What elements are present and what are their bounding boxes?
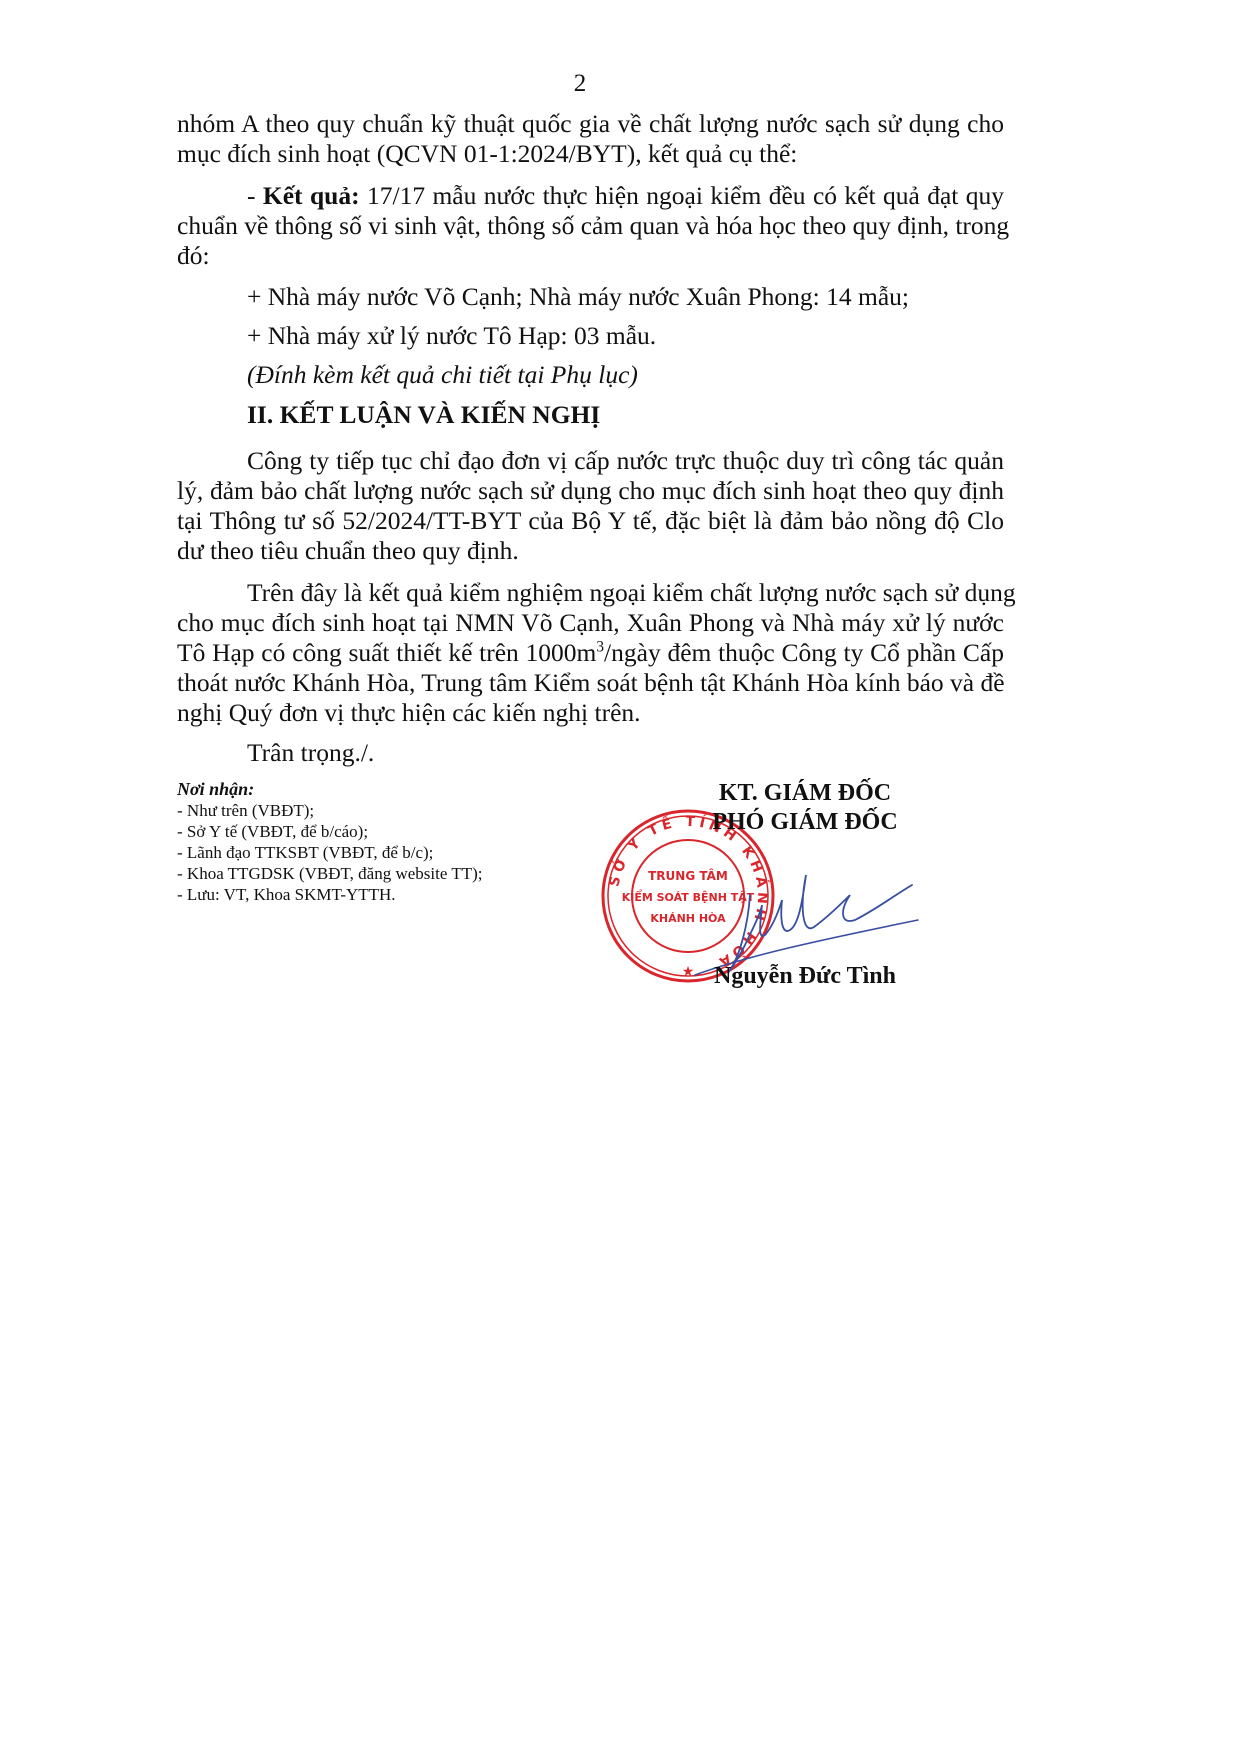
intro-line-2: mục đích sinh hoạt (QCVN 01-1:2024/BYT),…: [177, 139, 1004, 169]
intro-line-1: nhóm A theo quy chuẩn kỹ thuật quốc gia …: [177, 109, 1004, 139]
conclusion-line-1: Công ty tiếp tục chỉ đạo đơn vị cấp nước…: [247, 446, 1004, 476]
signature-title-2: PHÓ GIÁM ĐỐC: [700, 808, 910, 837]
attachment-note: (Đính kèm kết quả chi tiết tại Phụ lục): [247, 360, 1074, 390]
result-prefix: -: [247, 181, 263, 210]
page-number: 2: [0, 70, 1160, 98]
recipient-item: - Lãnh đạo TTKSBT (VBĐT, để b/c);: [177, 842, 482, 863]
bullet-item-1: + Nhà máy nước Võ Cạnh; Nhà máy nước Xuâ…: [247, 282, 1074, 312]
conclusion-line-3: tại Thông tư số 52/2024/TT-BYT của Bộ Y …: [177, 506, 1004, 536]
closing-text: Trân trọng./.: [247, 738, 1074, 768]
result-line-2: chuẩn về thông số vi sinh vật, thông số …: [177, 211, 1004, 241]
summary-line-5: nghị Quý đơn vị thực hiện các kiến nghị …: [177, 698, 1004, 728]
summary-line-3-pre: Tô Hạp có công suất thiết kế trên 1000m: [177, 638, 596, 667]
recipients-title: Nơi nhận:: [177, 778, 482, 800]
summary-line-4: thoát nước Khánh Hòa, Trung tâm Kiểm soá…: [177, 668, 1004, 698]
conclusion-line-2: lý, đảm bảo chất lượng nước sạch sử dụng…: [177, 476, 1004, 506]
recipients-block: Nơi nhận: - Như trên (VBĐT); - Sở Y tế (…: [177, 778, 482, 905]
signature-title-1: KT. GIÁM ĐỐC: [700, 779, 910, 808]
conclusion-line-4: dư theo tiêu chuẩn theo quy định.: [177, 536, 1004, 566]
bullet-item-2: + Nhà máy xử lý nước Tô Hạp: 03 mẫu.: [247, 321, 1074, 351]
recipient-item: - Như trên (VBĐT);: [177, 800, 482, 821]
recipient-item: - Sở Y tế (VBĐT, để b/cáo);: [177, 821, 482, 842]
result-line-1: - Kết quả: 17/17 mẫu nước thực hiện ngoạ…: [247, 181, 1004, 211]
summary-line-3: Tô Hạp có công suất thiết kế trên 1000m3…: [177, 638, 1004, 668]
recipient-item: - Khoa TTGDSK (VBĐT, đăng website TT);: [177, 863, 482, 884]
signer-name: Nguyễn Đức Tình: [700, 963, 910, 990]
summary-line-3-post: /ngày đêm thuộc Công ty Cổ phần Cấp: [604, 638, 1004, 667]
summary-line-2: cho mục đích sinh hoạt tại NMN Võ Cạnh, …: [177, 608, 1004, 638]
superscript-3: 3: [596, 639, 604, 656]
result-line-3: đó:: [177, 241, 1004, 271]
section-heading: II. KẾT LUẬN VÀ KIẾN NGHỊ: [247, 400, 1074, 430]
result-label: Kết quả:: [263, 181, 360, 210]
result-text: 17/17 mẫu nước thực hiện ngoại kiểm đều …: [360, 181, 1004, 210]
recipient-item: - Lưu: VT, Khoa SKMT-YTTH.: [177, 884, 482, 905]
summary-line-1: Trên đây là kết quả kiểm nghiệm ngoại ki…: [247, 578, 1004, 608]
